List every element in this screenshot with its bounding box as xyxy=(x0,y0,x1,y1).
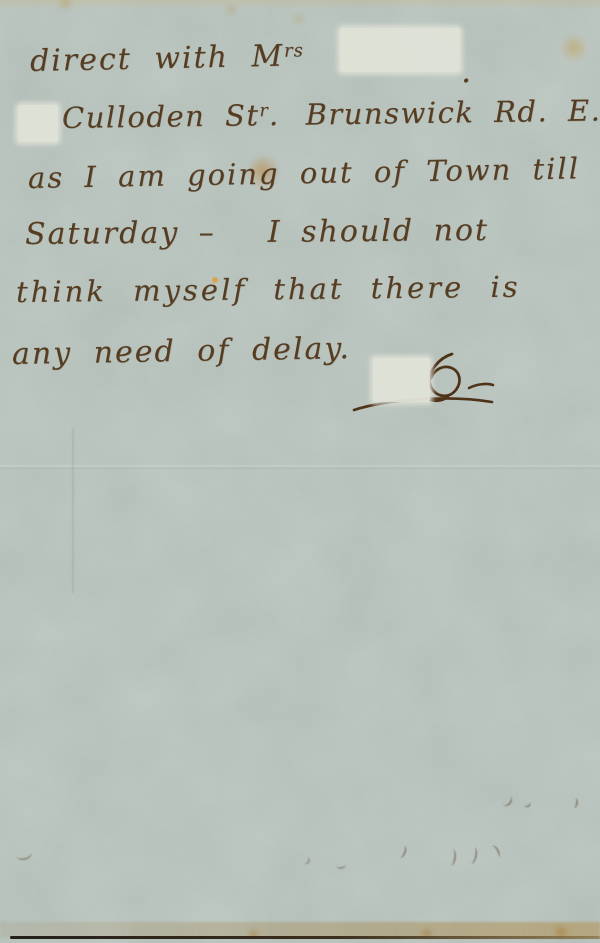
line6-text: any need of delay. xyxy=(12,331,351,372)
handwriting-line-1: direct with Mrs xyxy=(30,38,305,79)
stain xyxy=(560,34,588,62)
scan-edge-line xyxy=(10,936,600,939)
redaction-box-address xyxy=(18,105,58,142)
line1-superscript: rs xyxy=(284,40,304,61)
line2-period: . xyxy=(269,98,280,132)
line5-text: think myself that there is xyxy=(16,270,521,309)
fold-crease-horizontal xyxy=(0,465,600,469)
handwriting-line-1-period: . xyxy=(461,52,471,90)
stain xyxy=(0,0,600,10)
handwriting-line-4: Saturday –I should not xyxy=(25,213,489,252)
redaction-box-signature xyxy=(373,358,430,402)
fold-crease-vertical xyxy=(72,428,74,593)
line2-text-b: Brunswick Rd. E. xyxy=(305,93,600,131)
line4-text-b: I should not xyxy=(268,213,490,250)
letter-page: direct with Mrs . Culloden Str.Brunswick… xyxy=(0,0,600,943)
line4-text-a: Saturday – xyxy=(25,215,216,252)
handwriting-line-6: any need of delay. xyxy=(12,331,351,372)
line2-text-a: Culloden St xyxy=(62,98,260,135)
line2-superscript: r xyxy=(259,101,269,121)
handwriting-line-5: think myself that there is xyxy=(16,270,521,309)
stain xyxy=(224,4,238,16)
line1-period: . xyxy=(461,52,471,90)
redaction-box-name xyxy=(340,28,460,72)
line1-text: direct with M xyxy=(30,39,285,79)
stain xyxy=(291,12,307,26)
